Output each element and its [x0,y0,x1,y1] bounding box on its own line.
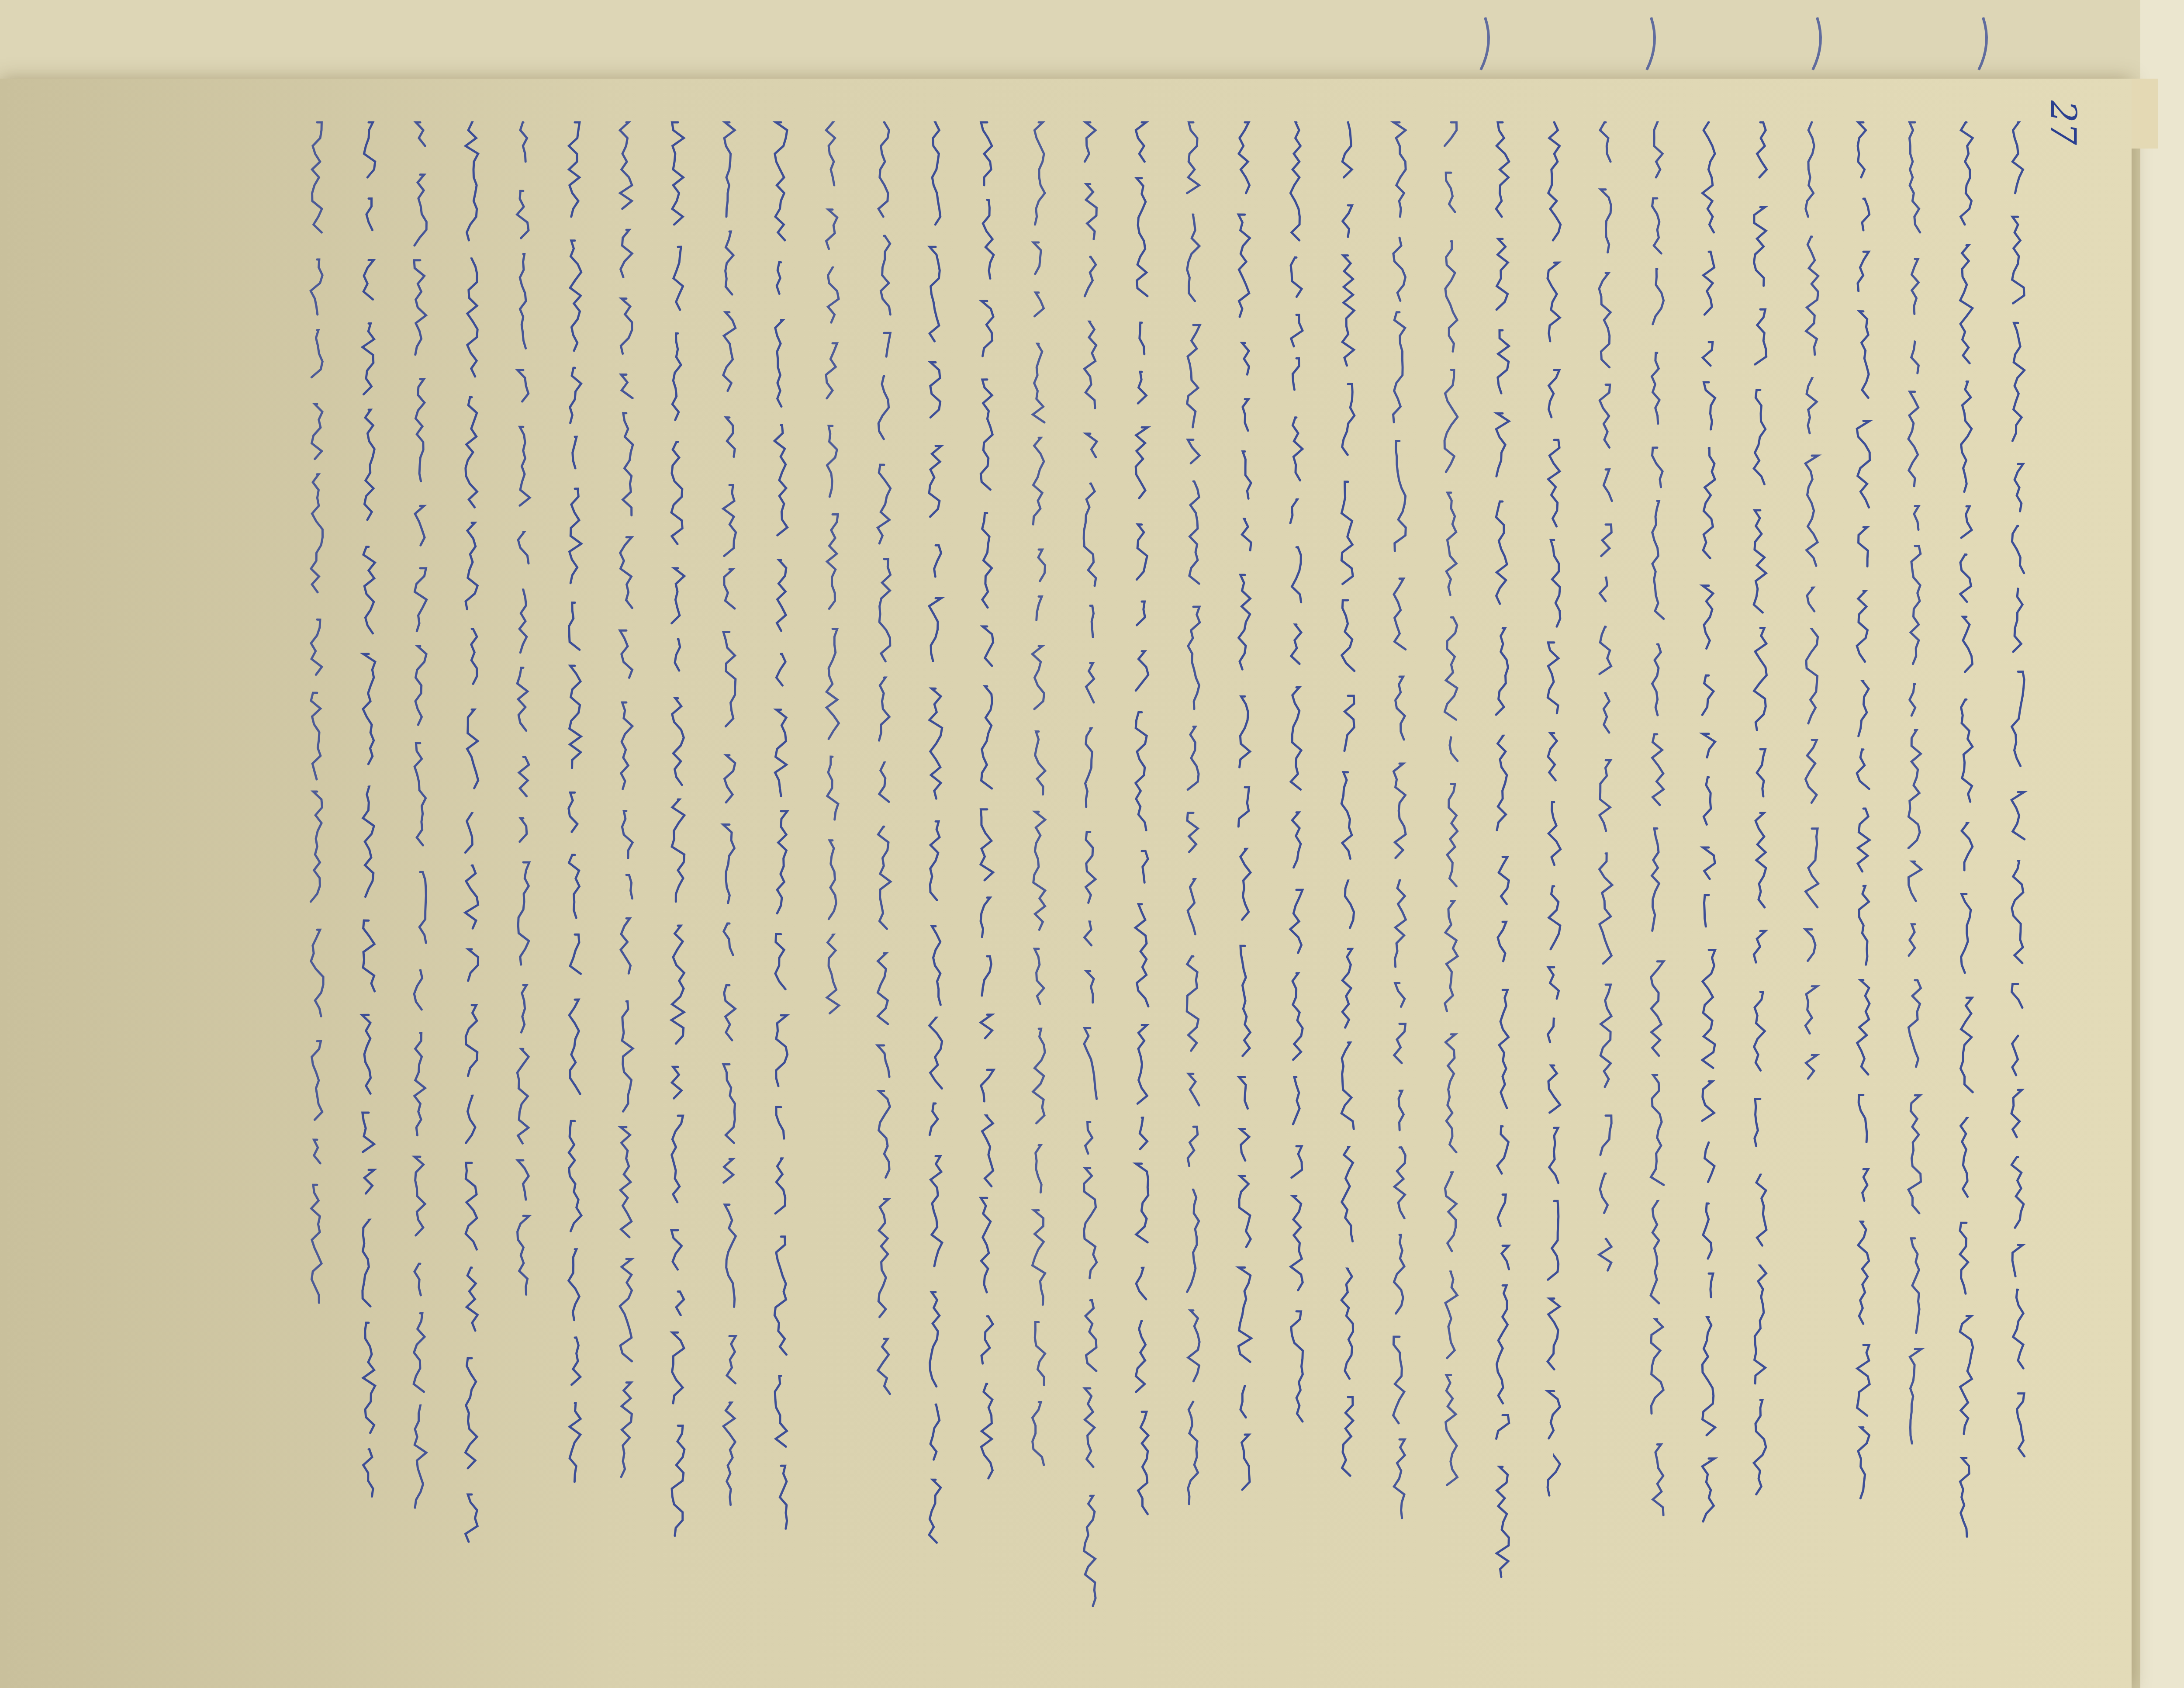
handwriting-layer [0,0,2184,1688]
page-number-mark: 27 [2043,100,2084,145]
